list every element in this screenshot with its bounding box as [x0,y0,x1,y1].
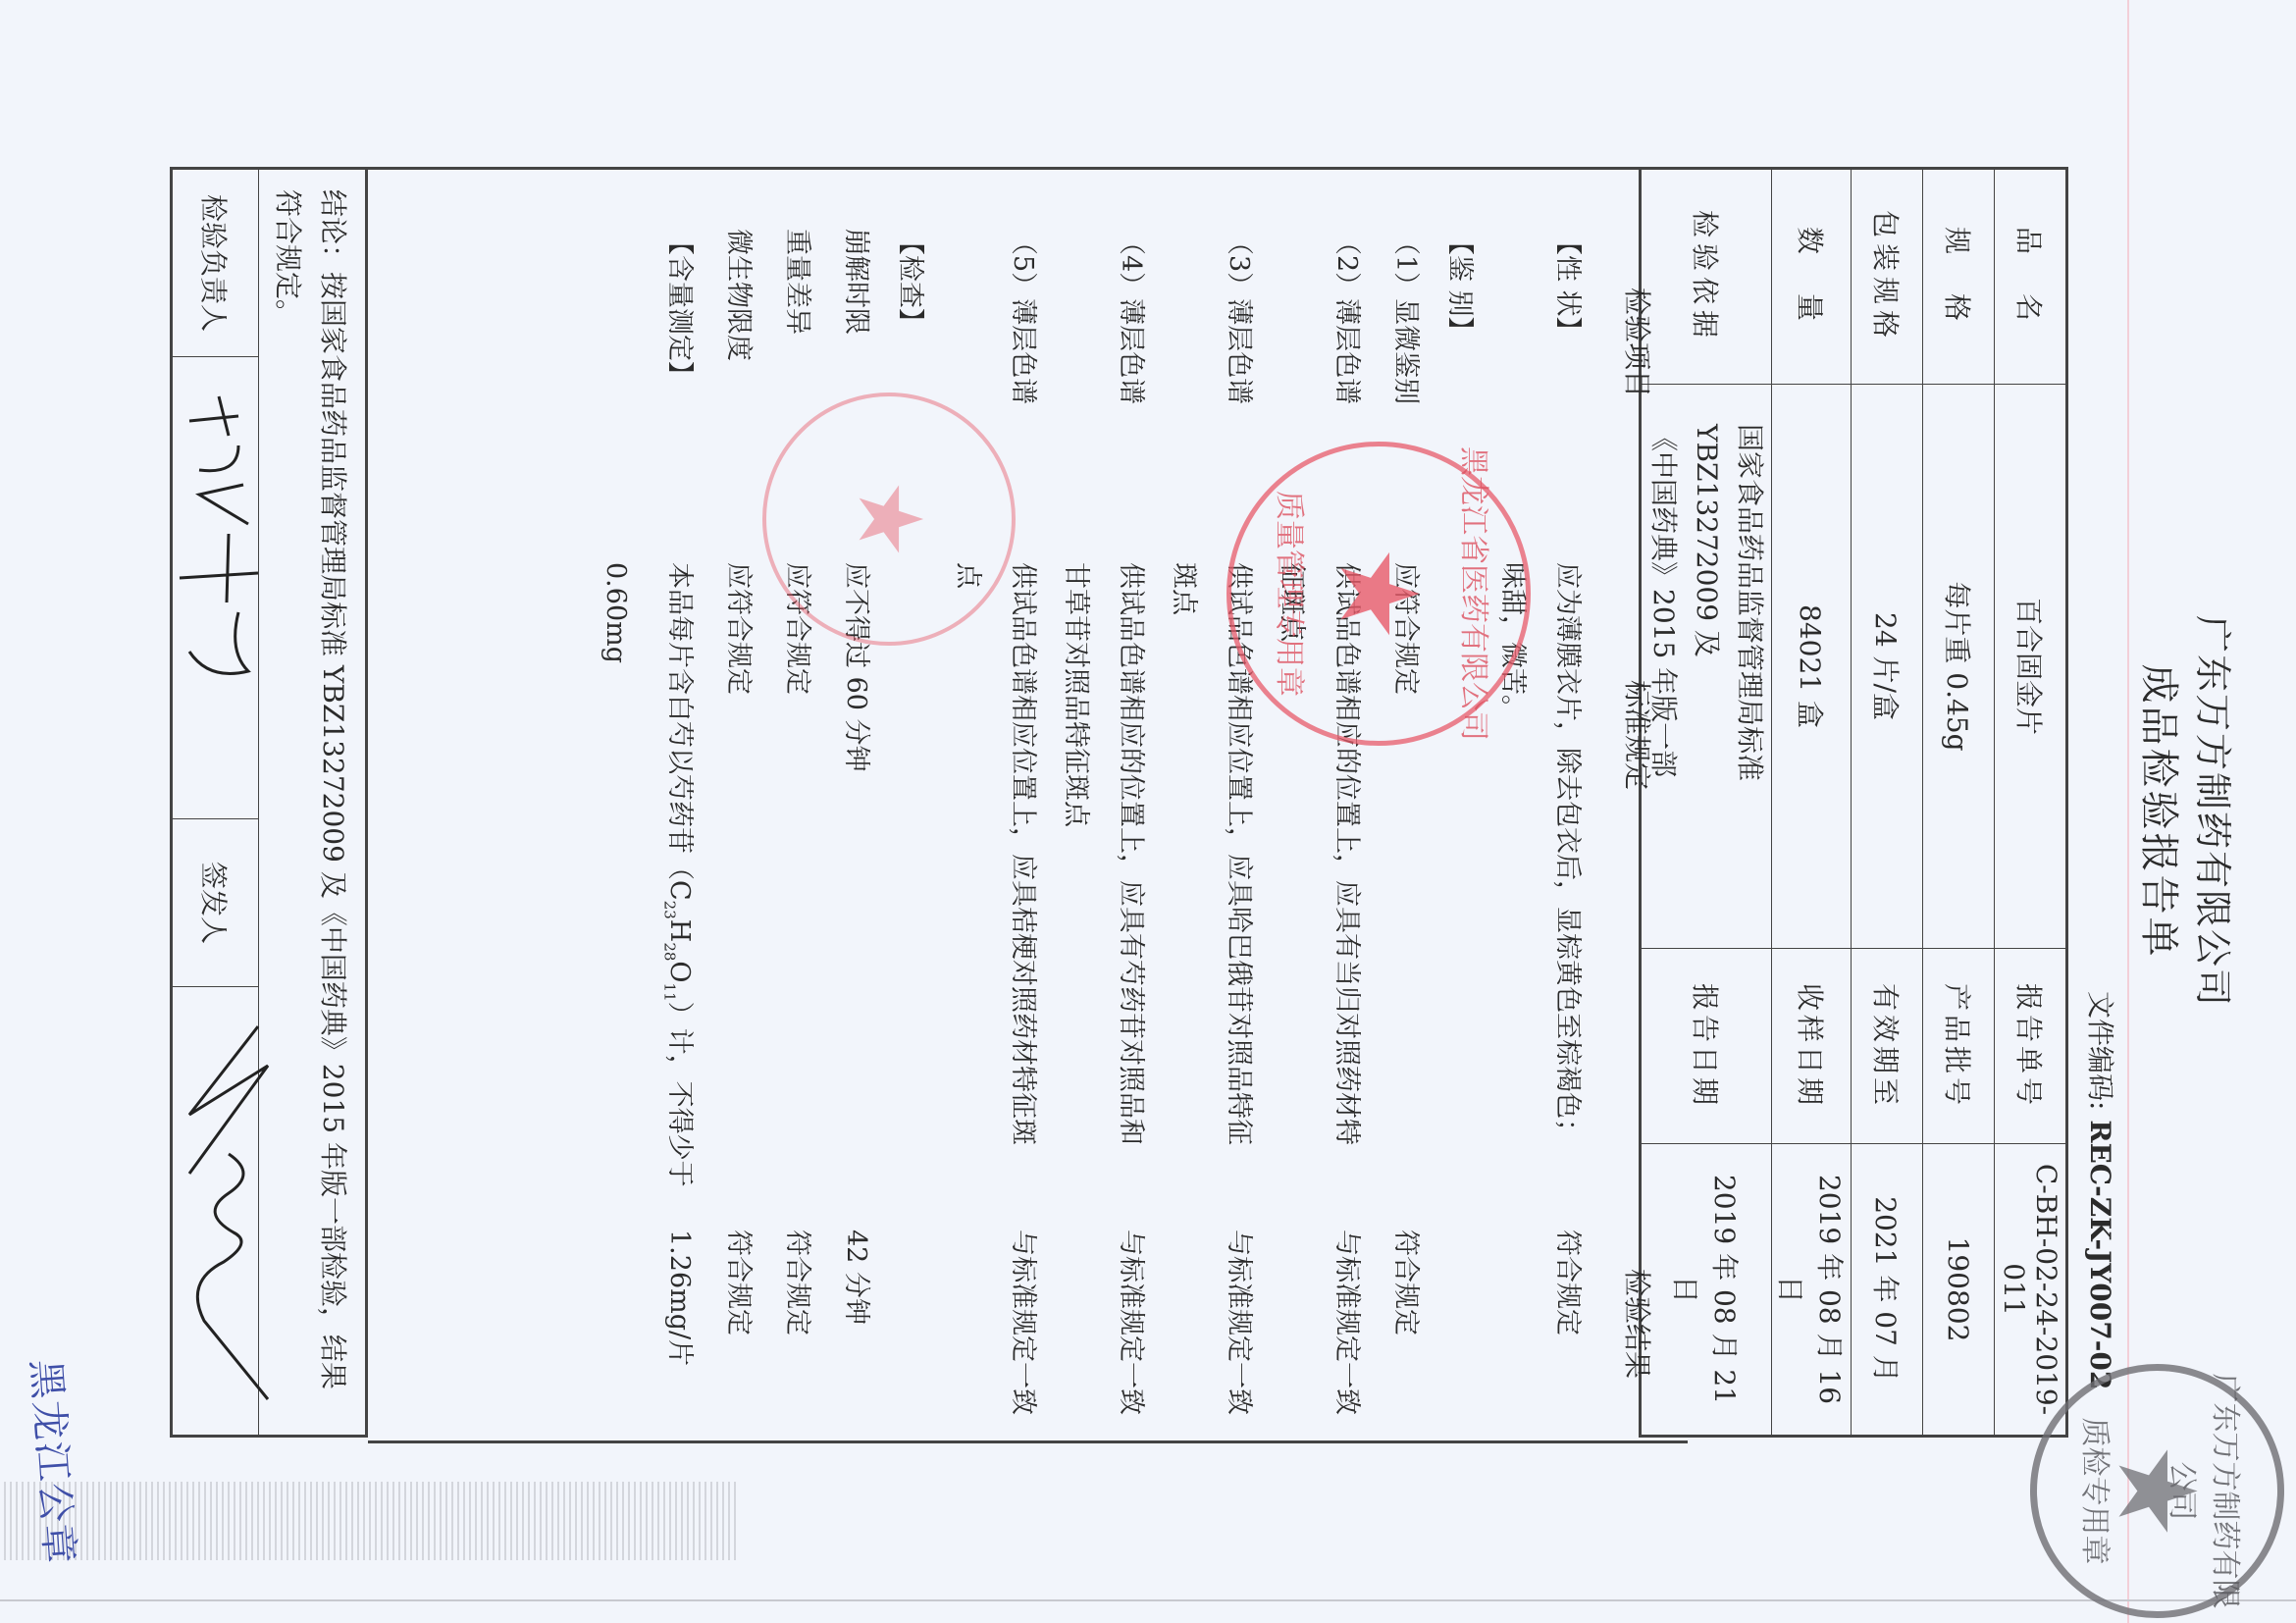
package-value: 24 片/盒 [1852,385,1923,949]
result-value: 与标准规定一致 [995,1230,1050,1465]
result-standard: 供试品色谱相应位置上，应具桔梗对照药材特征斑点 [940,562,1050,1210]
inspector-signature [173,357,258,819]
standard-line: 应不得过 60 分钟 [828,562,883,1210]
stamp-text: 黑龙江省医药有限公司 [1455,446,1498,741]
standard-line: 点 [940,562,995,1210]
result-value: 与标准规定一致 [1103,1230,1158,1465]
batch-value: 190802 [1923,1144,1995,1437]
scan-artifact-line [0,1599,2296,1601]
scan-noise [0,1482,736,1560]
table-row: 包装规格 24 片/盒 有效期至 2021 年 07 月 [1852,169,1923,1437]
company-qc-stamp: 广东万方制药有限公司 ★ 质检专用章 [2030,1364,2284,1618]
result-value: 符合规定 [1378,1230,1433,1465]
result-item: 【含量测定】 [652,229,706,494]
faded-stamp: ★ [762,393,1016,646]
basis-line: 国家食品药品监督管理局标准 YBZ13272009 及 [1685,424,1771,934]
table-row: 规 格 每片重 0.45g 产品批号 190802 [1923,169,1995,1437]
quantity-value: 84021 盒 [1772,385,1852,949]
expiry-label: 有效期至 [1852,949,1923,1144]
standard-line: 甘草苷对照品特征斑点 [1048,562,1103,1210]
stamp-text: 质量管理专用章 [1271,446,1314,741]
star-icon: ★ [1325,546,1433,643]
inspector-label: 检验负责人 [173,170,258,357]
standard-line: 应为薄膜衣片，除去包衣后，显棕黄色至棕褐色； [1539,562,1594,1210]
document-code-value: REC-ZK-JY007-02 [2084,1120,2116,1389]
table-row: 数 量 84021 盒 收样日期 2019 年 08 月 16 日 [1772,169,1852,1437]
distributor-stamp: 黑龙江省医药有限公司 ★ 质量管理专用章 [1226,442,1531,746]
result-item: 【性 状】 [1539,229,1594,494]
handwritten-signature-icon [160,377,297,799]
result-standard: 应符合规定 [769,562,824,1210]
result-value: 符合规定 [710,1230,765,1465]
product-name-label: 品 名 [1995,169,2067,385]
standard-line: 供试品色谱相应位置上，应具桔梗对照药材特征斑 [995,562,1050,1210]
standard-line: 斑点 [1156,562,1211,1210]
inspection-report-page: 广东万方制药有限公司 成品检验报告单 文件编码: REC-ZK-JY007-02… [0,0,2296,1623]
spec-label: 规 格 [1923,169,1995,385]
package-label: 包装规格 [1852,169,1923,385]
received-date-label: 收样日期 [1772,949,1852,1144]
star-icon: ★ [845,480,933,559]
result-item: （3）薄层色谱 [1211,229,1266,494]
result-value: 符合规定 [769,1230,824,1465]
product-name-value: 百合固金片 [1995,385,2067,949]
standard-line: 应符合规定 [769,562,824,1210]
results-section: 检验项目 标准规定 检验结果 【性 状】应为薄膜衣片，除去包衣后，显棕黄色至棕褐… [368,167,1688,1443]
result-item: （4）薄层色谱 [1103,229,1158,494]
result-standard: 应不得过 60 分钟 [828,562,883,1210]
result-item: （5）薄层色谱 [995,229,1050,494]
signature-row: 检验负责人 签发人 [170,167,258,1438]
result-value: 与标准规定一致 [1211,1230,1266,1465]
document-code-label: 文件编码: [2084,991,2116,1110]
result-standard: 应符合规定 [710,562,765,1210]
header-result: 检验结果 [1619,1269,1658,1379]
spec-value: 每片重 0.45g [1923,385,1995,949]
report-no-value: C-BH-02-24-2019-011 [1995,1144,2067,1437]
product-info-table: 品 名 百合固金片 报告单号 C-BH-02-24-2019-011 规 格 每… [1639,167,2068,1438]
approver-signature [173,987,258,1435]
result-value: 与标准规定一致 [1319,1230,1374,1465]
assay-standard-line: 本品每片含白芍以芍药苷（C23H28O11）计，不得少于 [643,562,706,1210]
standard-line: 供试品色谱相应的位置上，应具有芍药苷对照品和 [1103,562,1158,1210]
standard-line: 应符合规定 [710,562,765,1210]
star-icon: ★ [2104,1442,2212,1540]
table-row: 品 名 百合固金片 报告单号 C-BH-02-24-2019-011 [1995,169,2067,1437]
result-value: 符合规定 [1539,1230,1594,1465]
stamp-text: 质检专用章 [2076,1371,2119,1611]
handwritten-signature-icon [160,1007,297,1429]
result-value: 1.26mg/片 [652,1230,706,1465]
result-item: 微生物限度 [710,229,765,494]
header-standard: 标准规定 [1619,680,1658,790]
result-value: 42 分钟 [828,1230,883,1465]
report-no-label: 报告单号 [1995,949,2067,1144]
assay-standard-line: 0.60mg [588,562,643,1210]
expiry-value: 2021 年 07 月 [1852,1144,1923,1437]
result-standard: 本品每片含白芍以芍药苷（C23H28O11）计，不得少于0.60mg [588,562,706,1210]
result-standard: 供试品色谱相应的位置上，应具有芍药苷对照品和甘草苷对照品特征斑点 [1048,562,1158,1210]
received-date-value: 2019 年 08 月 16 日 [1772,1144,1852,1437]
approver-label: 签发人 [173,819,258,987]
batch-label: 产品批号 [1923,949,1995,1144]
quantity-label: 数 量 [1772,169,1852,385]
document-code: 文件编码: REC-ZK-JY007-02 [2082,991,2121,1389]
header-item: 检验项目 [1619,288,1658,397]
